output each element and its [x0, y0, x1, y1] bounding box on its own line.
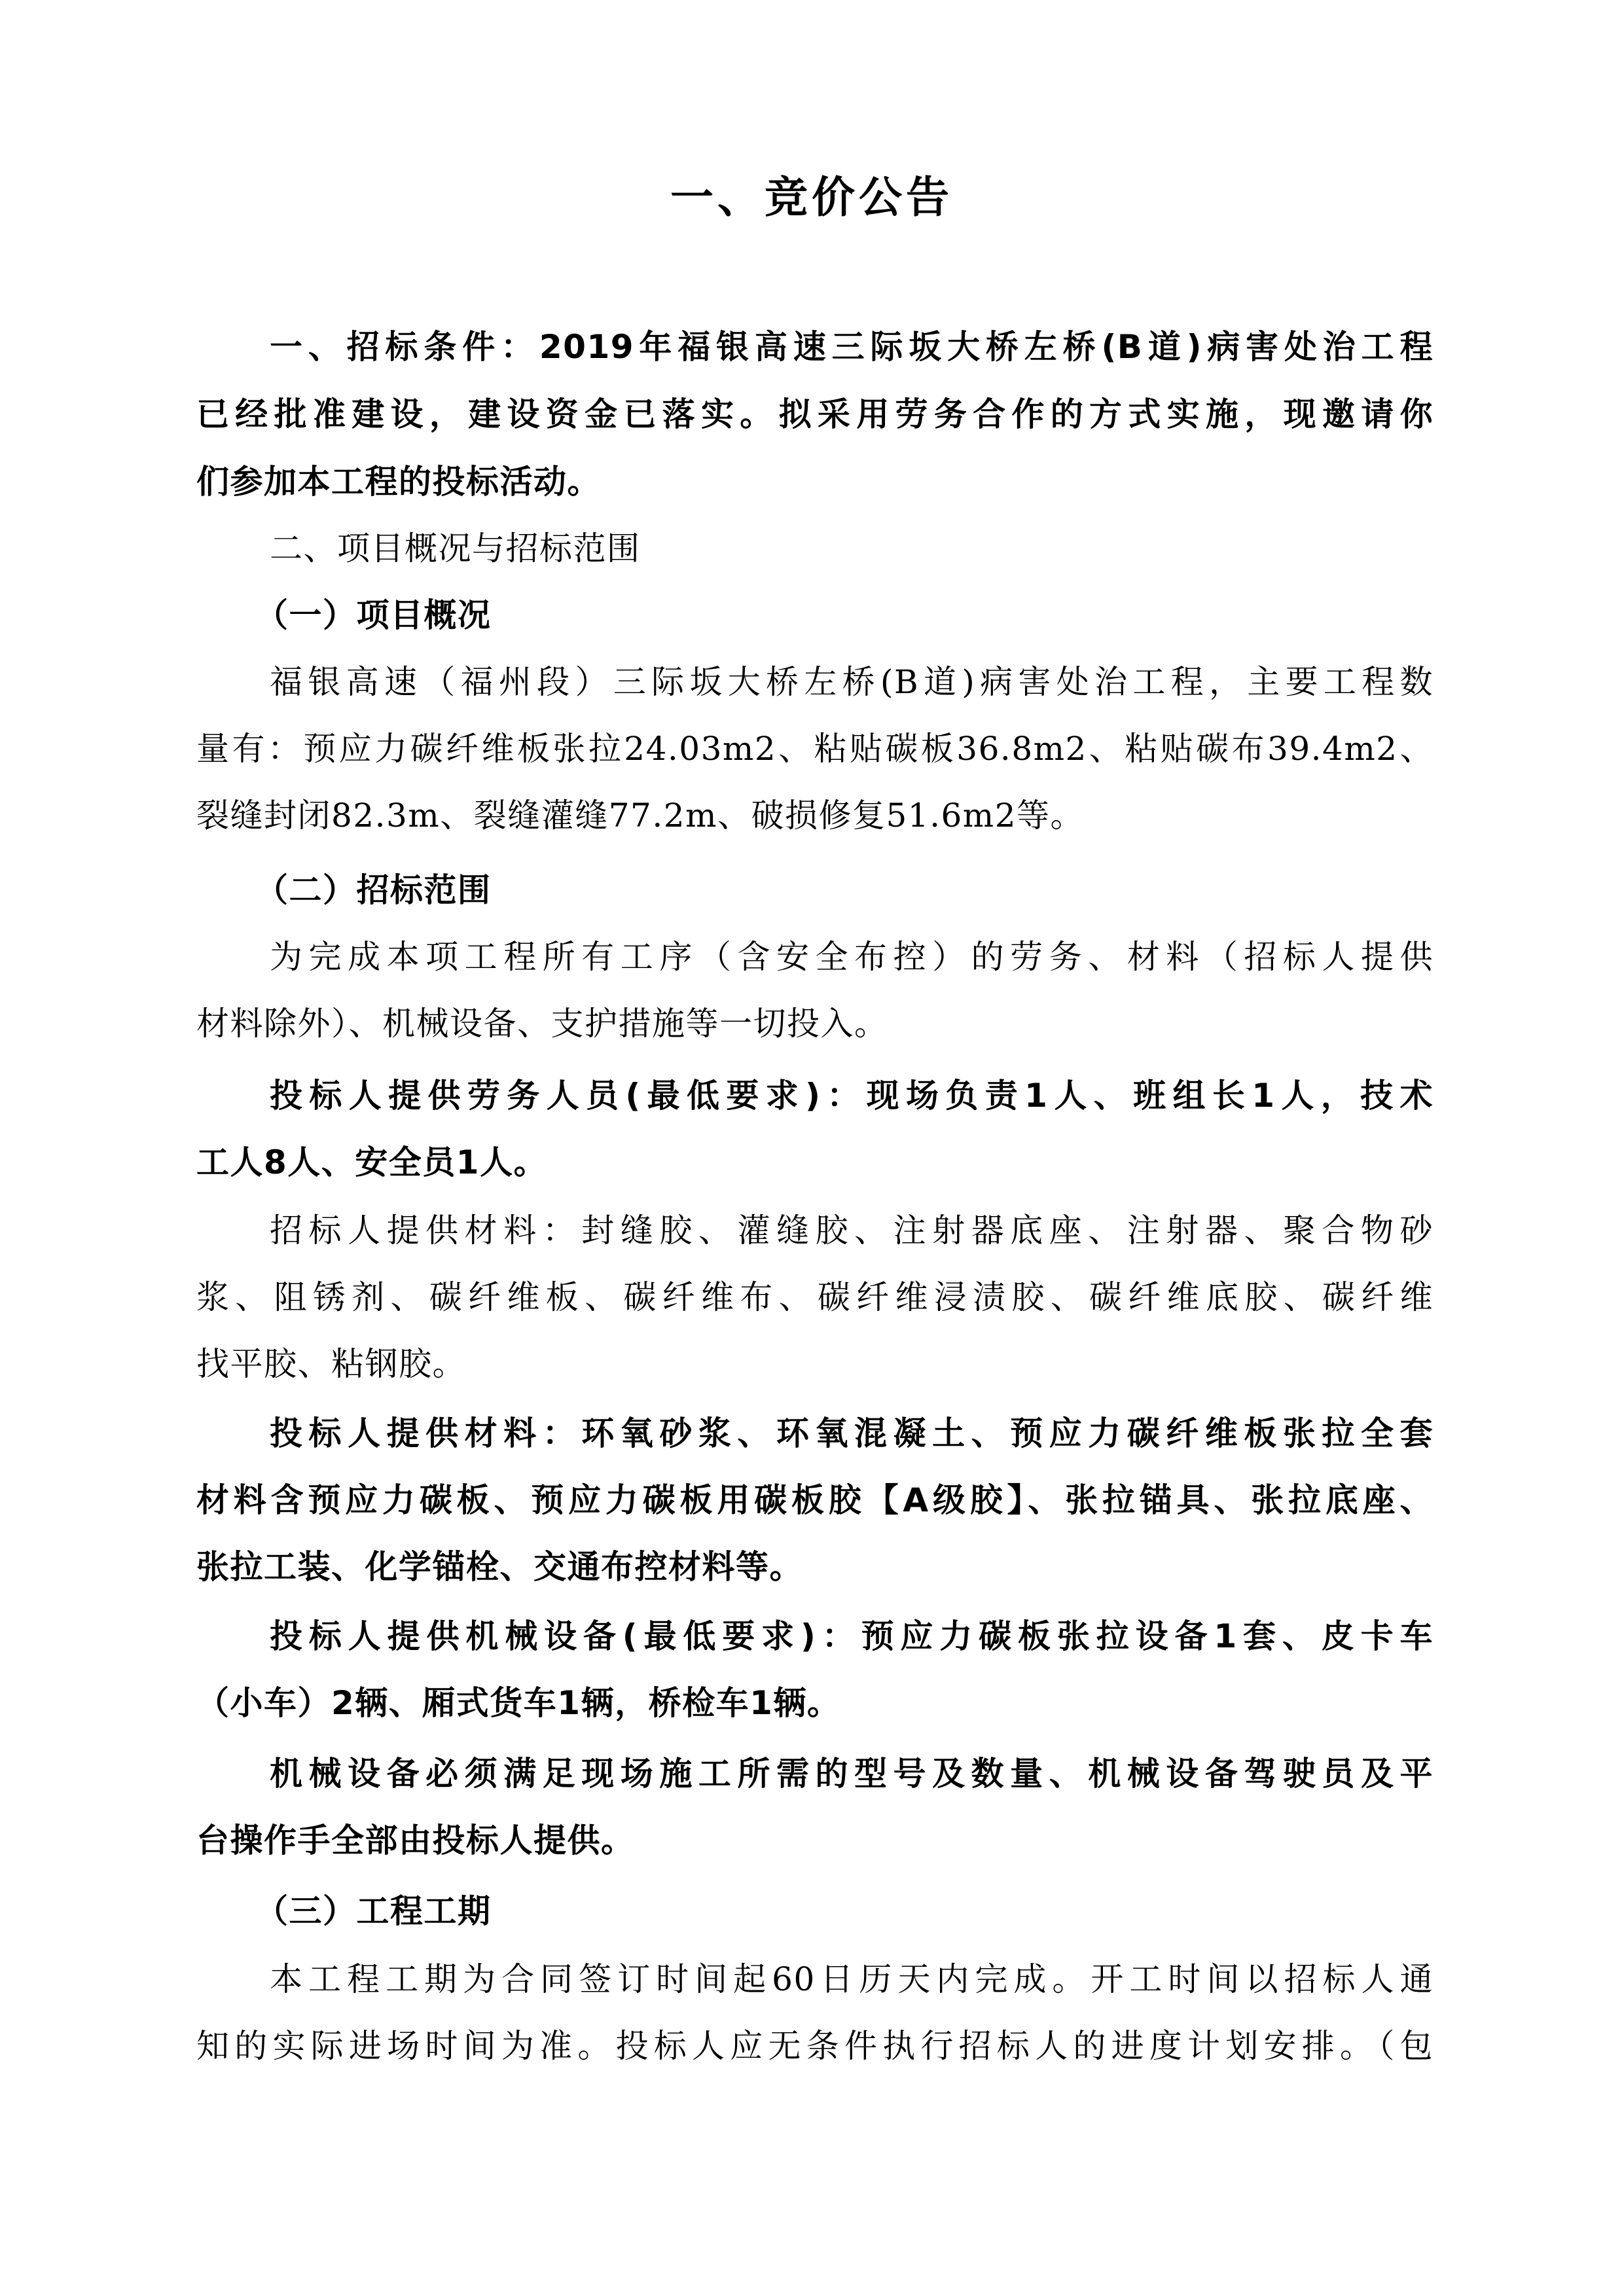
- equipment-note-line-2: 台操作手全部由投标人提供。: [196, 1821, 1434, 1860]
- scope-line-1: 为完成本项工程所有工序（含安全布控）的劳务、材料（招标人提供: [270, 937, 1434, 977]
- bidder-materials-line-2: 材料含预应力碳板、预应力碳板用碳板胶【A级胶】、张拉锚具、张拉底座、: [196, 1480, 1434, 1520]
- section1-line-1: 一、招标条件：2019年福银高速三际坂大桥左桥(B道)病害处治工程: [270, 327, 1434, 367]
- bidder-materials-line-3: 张拉工装、化学锚栓、交通布控材料等。: [196, 1547, 1434, 1587]
- sub1-line-3: 裂缝封闭82.3m、裂缝灌缝77.2m、破损修复51.6m2等。: [196, 796, 1434, 835]
- sub1-heading: （一）项目概况: [255, 596, 1492, 635]
- section2-heading: 二、项目概况与招标范围: [270, 529, 1507, 568]
- sub3-line-1: 本工程工期为合同签订时间起60日历天内完成。开工时间以招标人通: [270, 1960, 1434, 1999]
- sub3-line-2: 知的实际进场时间为准。投标人应无条件执行招标人的进度计划安排。（包: [196, 2026, 1434, 2066]
- sub3-heading: （三）工程工期: [255, 1892, 1492, 1931]
- tenderer-materials-line-1: 招标人提供材料：封缝胶、灌缝胶、注射器底座、注射器、聚合物砂: [270, 1211, 1434, 1250]
- scope-line-2: 材料除外）、机械设备、支护措施等一切投入。: [196, 1004, 1434, 1043]
- equipment-note-line-1: 机械设备必须满足现场施工所需的型号及数量、机械设备驾驶员及平: [270, 1754, 1434, 1793]
- tenderer-materials-line-2: 浆、阻锈剂、碳纤维板、碳纤维布、碳纤维浸渍胶、碳纤维底胶、碳纤维: [196, 1278, 1434, 1317]
- sub1-line-2: 量有：预应力碳纤维板张拉24.03m2、粘贴碳板36.8m2、粘贴碳布39.4m…: [196, 729, 1434, 768]
- bidder-materials-line-1: 投标人提供材料：环氧砂浆、环氧混凝土、预应力碳纤维板张拉全套: [270, 1414, 1434, 1453]
- labor-line-1: 投标人提供劳务人员(最低要求)：现场负责1人、班组长1人，技术: [270, 1076, 1434, 1115]
- sub2-heading: （二）招标范围: [255, 870, 1492, 910]
- section1-line-3: 们参加本工程的投标活动。: [196, 462, 1434, 501]
- sub1-line-1: 福银高速（福州段）三际坂大桥左桥(B道)病害处治工程，主要工程数: [270, 662, 1434, 702]
- equipment-line-2: （小车）2辆、厢式货车1辆，桥检车1辆。: [196, 1683, 1434, 1723]
- section1-line-2: 已经批准建设，建设资金已落实。拟采用劳务合作的方式实施，现邀请你: [196, 395, 1434, 434]
- equipment-line-1: 投标人提供机械设备(最低要求)：预应力碳板张拉设备1套、皮卡车: [270, 1617, 1434, 1656]
- tenderer-materials-line-3: 找平胶、粘钢胶。: [196, 1344, 1434, 1384]
- labor-line-2: 工人8人、安全员1人。: [196, 1143, 1434, 1182]
- page-title: 一、竞价公告: [196, 171, 1427, 224]
